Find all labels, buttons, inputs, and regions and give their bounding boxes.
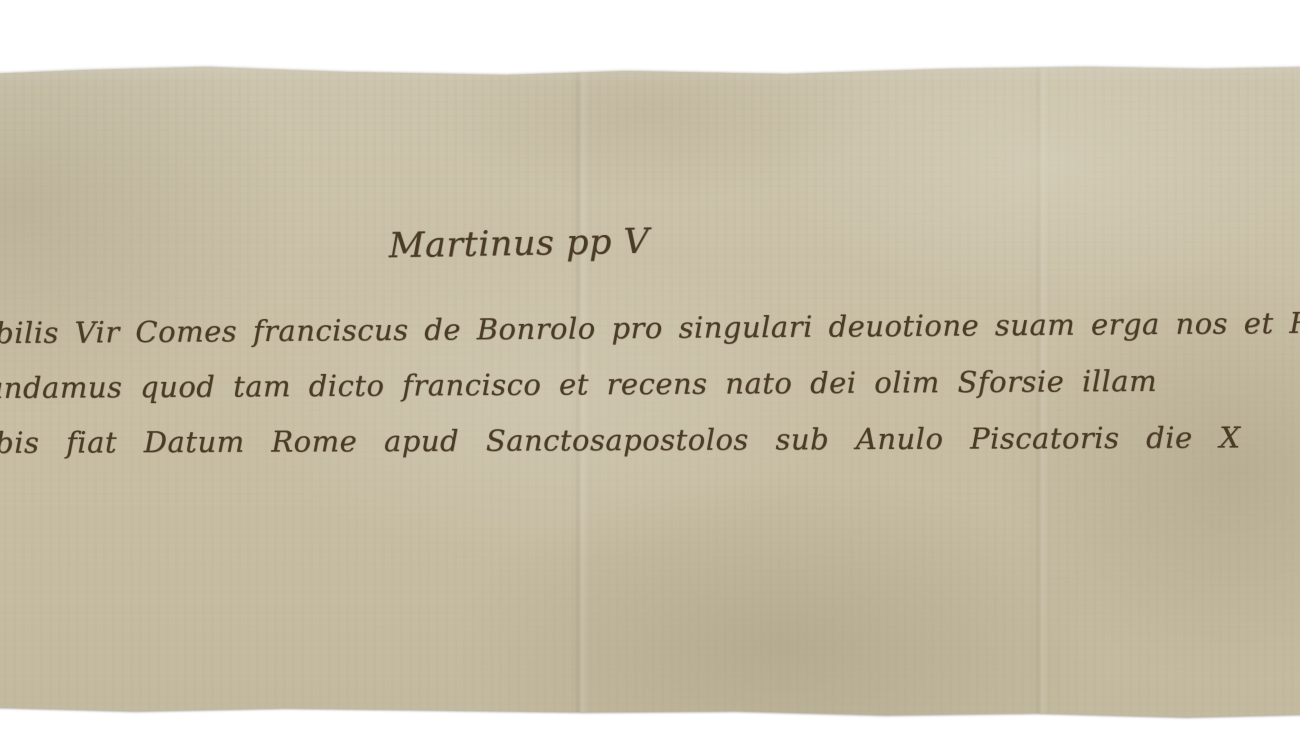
parchment-document: Martinus pp V nobilis Vir Comes francisc…	[0, 58, 1300, 726]
manuscript-scan-page: Martinus pp V nobilis Vir Comes francisc…	[0, 0, 1300, 731]
manuscript-heading: Martinus pp V	[383, 212, 654, 277]
manuscript-text-line: mandamus quod tam dicto francisco et rec…	[0, 354, 1300, 414]
manuscript-text-line: nobilis Vir Comes franciscus de Bonrolo …	[0, 297, 1300, 360]
parchment-shadow-wrap: Martinus pp V nobilis Vir Comes francisc…	[0, 58, 1300, 726]
manuscript-text-line: nobis fiat Datum Rome apud Sanctosaposto…	[0, 411, 1300, 469]
